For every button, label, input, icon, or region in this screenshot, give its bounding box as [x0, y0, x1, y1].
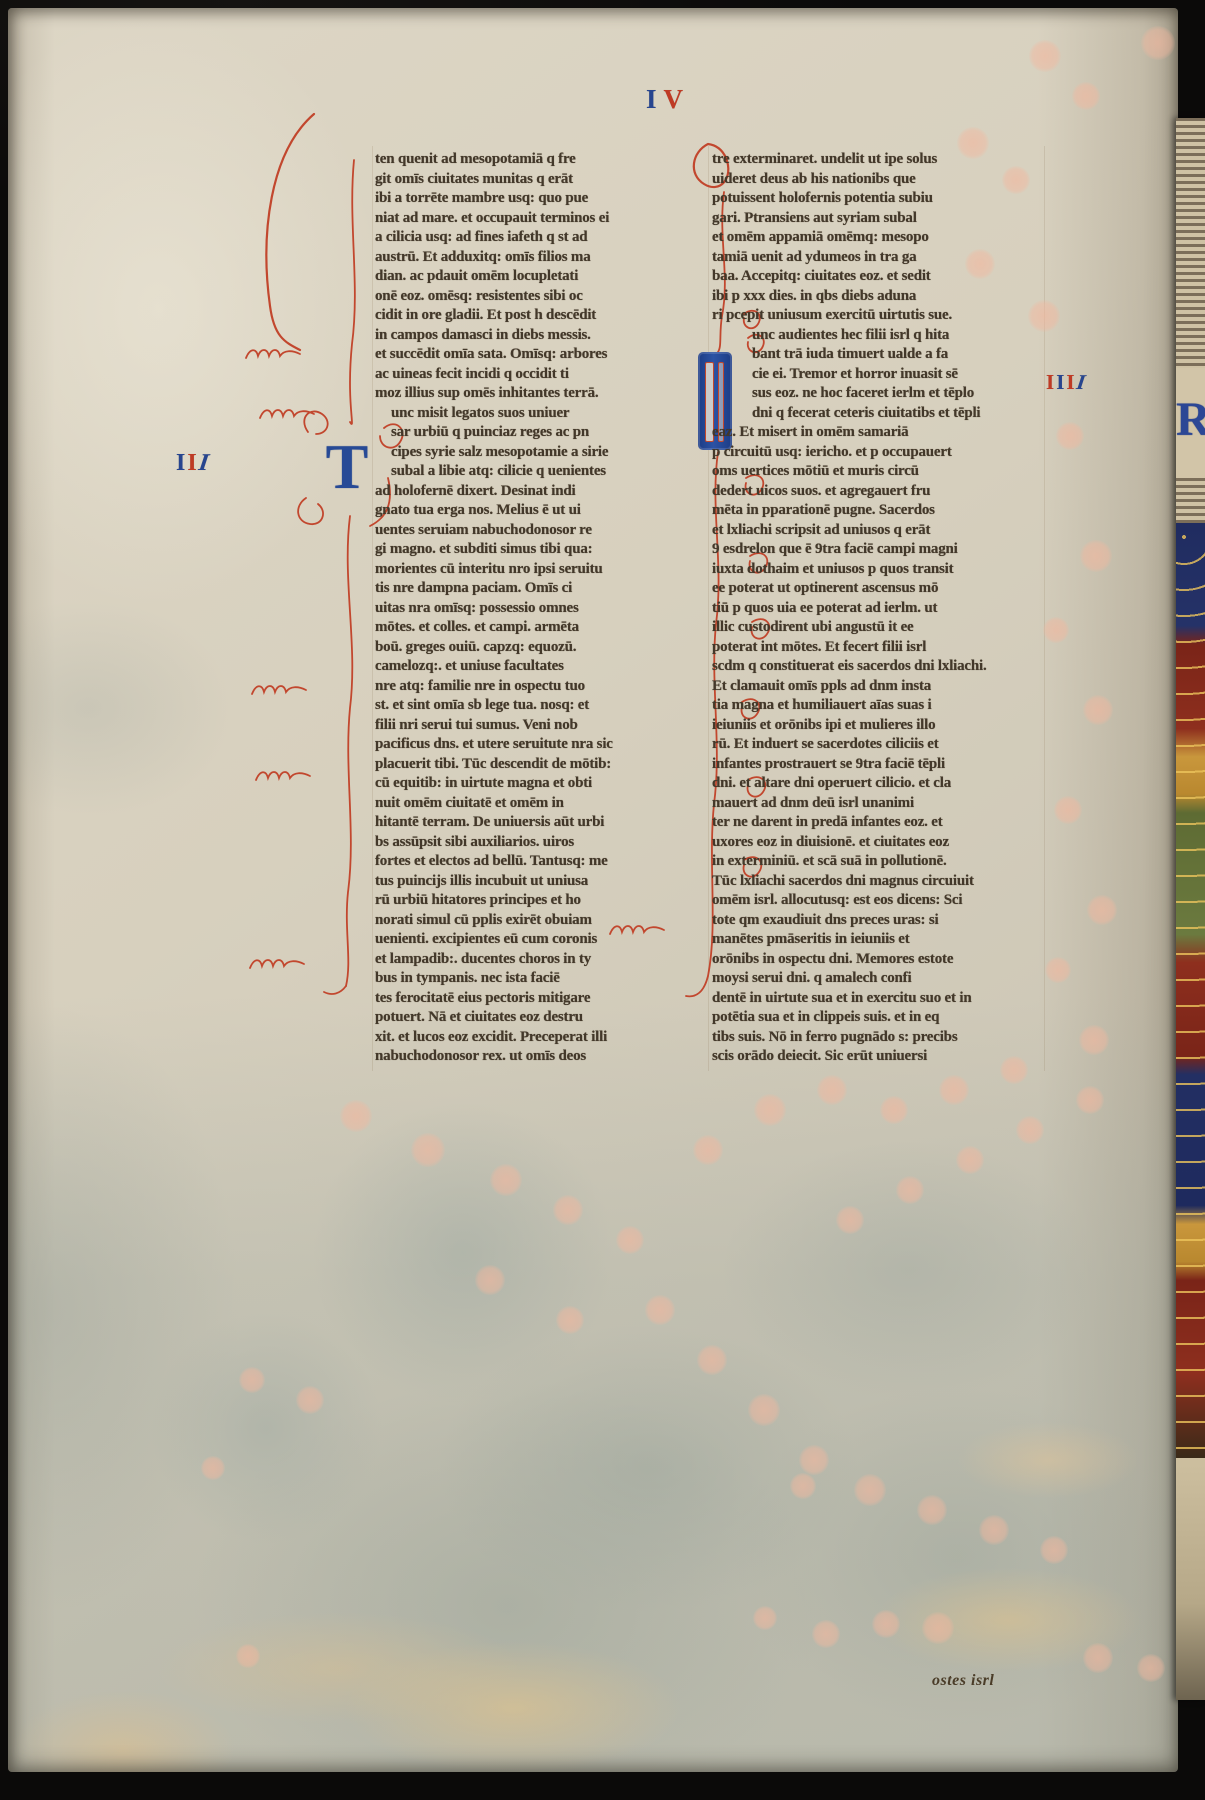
text-line: eaz. Et misert in omēm samariā	[712, 423, 1044, 443]
stain-dot	[1072, 82, 1100, 110]
text-line: gari. Ptransiens aut syriam subal	[712, 209, 1044, 229]
colored-letter: I	[176, 450, 187, 476]
colored-letter: I	[646, 84, 664, 114]
adjacent-initial-R: R	[1176, 368, 1205, 478]
stain-dot	[1000, 1056, 1028, 1084]
text-line: sar urbiū q puinciaz reges ac pn	[375, 423, 707, 443]
text-line: pacificus dns. et utere seruitute nra si…	[375, 735, 707, 755]
stain-dot	[296, 1386, 324, 1414]
stain-dot	[1079, 1025, 1109, 1055]
text-line: illic custodirent ubi angustū it ee	[712, 618, 1044, 638]
stain-dot	[957, 127, 989, 159]
text-line: gi magno. et subditi simus tibi qua:	[375, 540, 707, 560]
stain-dot	[490, 1164, 522, 1196]
stain-dot	[1083, 695, 1113, 725]
text-line: xit. et lucos eoz excidit. Preceperat il…	[375, 1028, 707, 1048]
stain-dot	[697, 1345, 727, 1375]
text-line: et omēm appamiā omēmq: mesopo	[712, 228, 1044, 248]
text-line: nabuchodonosor rex. ut omīs deos	[375, 1047, 707, 1067]
text-line: p circuitū usq: iericho. et p occupauert	[712, 443, 1044, 463]
stain-dot	[799, 1445, 829, 1475]
text-line: rū. Et induert se sacerdotes ciliciis et	[712, 735, 1044, 755]
text-line: niat ad mare. et occupauit terminos ei	[375, 209, 707, 229]
ruling-line	[1044, 146, 1045, 1071]
text-line: ten quenit ad mesopotamiā q fre	[375, 150, 707, 170]
stain-dot	[1029, 40, 1061, 72]
text-line: tus puincijs illis incubuit ut uniusa	[375, 872, 707, 892]
text-line: rū urbiū hitatores principes et ho	[375, 891, 707, 911]
stain-dot	[1141, 26, 1175, 60]
text-line: ri pcepit uniusum exercitū uirtutis sue.	[712, 306, 1044, 326]
text-line: in campos damasci in diebs messis.	[375, 326, 707, 346]
text-line: dentē in uirtute sua et in exercitu suo …	[712, 989, 1044, 1009]
text-line: baa. Accepitq: ciuitates eoz. et sedit	[712, 267, 1044, 287]
text-line: moysi serui dni. q amalech confi	[712, 969, 1044, 989]
text-line: mōtes. et colles. et campi. armēta	[375, 618, 707, 638]
text-line: uitas nra omīsq: possessio omnes	[375, 599, 707, 619]
catchword: ostes isrl	[932, 1672, 994, 1690]
text-line: tibs suis. Nō in ferro pugnādo s: precib…	[712, 1028, 1044, 1048]
text-line: nre atq: familie nre in ospectu tuo	[375, 677, 707, 697]
text-line: cidit in ore gladii. Et post h descēdit	[375, 306, 707, 326]
stain-dot	[1076, 1086, 1104, 1114]
stain-dot	[817, 1075, 847, 1105]
stain-dot	[917, 1495, 947, 1525]
text-line: infantes prostrauert se 9tra faciē tēpli	[712, 755, 1044, 775]
text-line: fortes et electos ad bellū. Tantusq: me	[375, 852, 707, 872]
text-line: gnato tua erga nos. Melius ē ut ui	[375, 501, 707, 521]
text-line: omēm isrl. allocutusq: est eos dicens: S…	[712, 891, 1044, 911]
text-line: tia magna et humiliauert aīas suas i	[712, 696, 1044, 716]
text-line: tote qm exaudiuit dns preces uras: si	[712, 911, 1044, 931]
text-line: placuerit tibi. Tūc descendit de mōtib:	[375, 755, 707, 775]
text-line: camelozq:. et uniuse facultates	[375, 657, 707, 677]
text-line: a cilicia usq: ad fines iafeth q st ad	[375, 228, 707, 248]
adjacent-miniature-strip	[1176, 523, 1205, 1458]
text-line: mauert ad dnm deū isrl unanimi	[712, 794, 1044, 814]
text-line: iuxta dothaim et uniusos p quos transit	[712, 560, 1044, 580]
stain-dot	[872, 1610, 900, 1638]
adjacent-folio-text	[1176, 478, 1205, 523]
stain-dot	[693, 1135, 723, 1165]
text-line: uentes seruiam nabuchodonosor re	[375, 521, 707, 541]
stain-dot	[1080, 540, 1112, 572]
stain-dot	[1054, 796, 1082, 824]
text-line: ter ne darent in predā infantes eoz. et	[712, 813, 1044, 833]
text-line: subal a libie atq: cilicie q uenientes	[375, 462, 707, 482]
text-line: ac uineas fecit incidi q occidit ti	[375, 365, 707, 385]
text-line: Et clamauit omīs ppls ad dnm insta	[712, 677, 1044, 697]
stain-dot	[1137, 1654, 1165, 1682]
text-line: et lxliachi scripsit ad uniusos q erāt	[712, 521, 1044, 541]
text-line: st. et sint omīa sb lege tua. nosq: et	[375, 696, 707, 716]
stain-dot	[1045, 957, 1071, 983]
text-line: uenienti. excipientes eū cum coronis	[375, 930, 707, 950]
stain-dot	[854, 1474, 886, 1506]
text-line: git omīs ciuitates munitas q erāt	[375, 170, 707, 190]
chapter-numeral-iii: III	[176, 450, 210, 477]
stain-dot	[1028, 300, 1060, 332]
text-line: dni. et altare dni operuert cilicio. et …	[712, 774, 1044, 794]
text-line: cipes syrie salz mesopotamie a sirie	[375, 443, 707, 463]
text-line: onē eoz. omēsq: resistentes sibi oc	[375, 287, 707, 307]
text-line: scdm q constituerat eis sacerdos dni lxl…	[712, 657, 1044, 677]
text-line: uideret deus ab his nationibs que	[712, 170, 1044, 190]
ruling-line	[372, 146, 373, 1071]
stain-dot	[553, 1195, 583, 1225]
stain-dot	[645, 1295, 675, 1325]
text-column-right: tre exterminaret. undelit ut ipe solusui…	[712, 150, 1044, 1067]
text-line: cū equitib: in uirtute magna et obti	[375, 774, 707, 794]
text-line: cie ei. Tremor et horror inuasit sē	[712, 365, 1044, 385]
stain-dot	[979, 1515, 1009, 1545]
text-line: ad holofernē dixert. Desinat indi	[375, 482, 707, 502]
text-line: bant trā iuda timuert ualde a fa	[712, 345, 1044, 365]
stain-dot	[475, 1265, 505, 1295]
chapter-numeral-iiii: IIII	[1046, 370, 1087, 395]
stain-dot	[236, 1644, 260, 1668]
text-line: tes ferocitatē eius pectoris mitigare	[375, 989, 707, 1009]
text-line: in exterminiū. et scā suā in pollutionē.	[712, 852, 1044, 872]
stain-dot	[939, 1075, 969, 1105]
text-line: unc misit legatos suos uniuer	[375, 404, 707, 424]
text-line: potuissent holofernis potentia subiu	[712, 189, 1044, 209]
text-line: 9 esdrelon que ē 9tra faciē campi magni	[712, 540, 1044, 560]
text-line: ee poterat ut optinerent ascensus mō	[712, 579, 1044, 599]
colored-letter: I	[1056, 370, 1066, 394]
stain-dot	[880, 1096, 908, 1124]
stain-dot	[411, 1133, 445, 1167]
text-line: Tūc lxliachi sacerdos dni magnus circuiu…	[712, 872, 1044, 892]
text-line: tis nre dampna paciam. Omīs ci	[375, 579, 707, 599]
stain-dot	[812, 1620, 840, 1648]
text-line: moz illius sup omēs inhitantes terrā.	[375, 384, 707, 404]
adjacent-folio-margin	[1176, 1458, 1205, 1700]
text-line: dian. ac pdauit omēm locupletati	[375, 267, 707, 287]
text-line: unc audientes hec filii isrl q hita	[712, 326, 1044, 346]
adjacent-folio-text	[1176, 118, 1205, 368]
stain-dot	[753, 1606, 777, 1630]
text-line: et succēdit omīa sata. Omīsq: arbores	[375, 345, 707, 365]
stain-dot	[340, 1100, 372, 1132]
text-line: uxores eoz in diuisionē. et ciuitates eo…	[712, 833, 1044, 853]
stain-dot	[896, 1176, 924, 1204]
text-line: potuert. Nā et ciuitates eoz destru	[375, 1008, 707, 1028]
text-line: mēta in pparationē pugne. Sacerdos	[712, 501, 1044, 521]
stain-dot	[201, 1456, 225, 1480]
text-line: sus eoz. ne hoc faceret ierlm et tēplo	[712, 384, 1044, 404]
text-line: bus in tympanis. nec ista faciē	[375, 969, 707, 989]
text-line: scis orādo deiecit. Sic erūt uniuersi	[712, 1047, 1044, 1067]
stain-dot	[616, 1226, 644, 1254]
stain-dot	[965, 249, 995, 279]
text-column-left: ten quenit ad mesopotamiā q fregit omīs …	[375, 150, 707, 1067]
text-line: norati simul cū pplis exirēt obuiam	[375, 911, 707, 931]
text-line: orōnibs in ospectu dni. Memores estote	[712, 950, 1044, 970]
text-line: ibi p xxx dies. in qbs diebs aduna	[712, 287, 1044, 307]
text-line: tiū p quos uia ee poterat ad ierlm. ut	[712, 599, 1044, 619]
stain-dot	[1056, 422, 1084, 450]
photograph-background: IV III IIII	[0, 0, 1205, 1800]
stain-dot	[1043, 617, 1069, 643]
stain-dot	[748, 1394, 780, 1426]
stain-dot	[556, 1306, 584, 1334]
stain-dot	[956, 1146, 984, 1174]
stain-dot	[1040, 1536, 1068, 1564]
stain-dot	[1083, 1643, 1113, 1673]
stain-dot	[922, 1612, 954, 1644]
text-line: dni q fecerat ceteris ciuitatibs et tēpl…	[712, 404, 1044, 424]
stain-dot	[1087, 895, 1117, 925]
stain-dot	[1016, 1116, 1044, 1144]
text-line: et lampadib:. ducentes choros in ty	[375, 950, 707, 970]
text-line: poterat int mōtes. Et fecert filii isrl	[712, 638, 1044, 658]
text-line: potētia sua et in clippeis suis. et in e…	[712, 1008, 1044, 1028]
text-line: filii nri serui tui sumus. Veni nob	[375, 716, 707, 736]
text-line: austrū. Et adduxitq: omīs filios ma	[375, 248, 707, 268]
text-line: oms uertices mōtiū et muris circū	[712, 462, 1044, 482]
text-line: manētes pmāseritis in ieiuniis et	[712, 930, 1044, 950]
text-line: hitantē terram. De uniuersis aūt urbi	[375, 813, 707, 833]
stain-dot	[754, 1094, 786, 1126]
text-line: ibi a torrēte mambre usq: quo pue	[375, 189, 707, 209]
stain-dot	[239, 1367, 265, 1393]
colored-letter: V	[664, 84, 691, 114]
stain-dot	[1002, 166, 1030, 194]
stain-dot	[836, 1206, 864, 1234]
colored-letter: I	[1046, 370, 1056, 394]
text-line: boū. greges ouiū. capzq: equozū.	[375, 638, 707, 658]
running-header-iv: IV	[646, 84, 690, 115]
stain-dot	[790, 1473, 816, 1499]
adjacent-folio-edge: R	[1176, 118, 1205, 1700]
ruling-line	[708, 146, 709, 1071]
text-line: morientes cū interitu nro ipsi seruitu	[375, 560, 707, 580]
text-line: bs assūpsit sibi auxiliarios. uiros	[375, 833, 707, 853]
text-line: ieiuniis et orōnibs ipi et mulieres illo	[712, 716, 1044, 736]
text-line: nuit omēm ciuitatē et omēm in	[375, 794, 707, 814]
manuscript-page: IV III IIII	[8, 8, 1178, 1772]
text-line: dedert uicos suos. et agregauert fru	[712, 482, 1044, 502]
text-line: tre exterminaret. undelit ut ipe solus	[712, 150, 1044, 170]
